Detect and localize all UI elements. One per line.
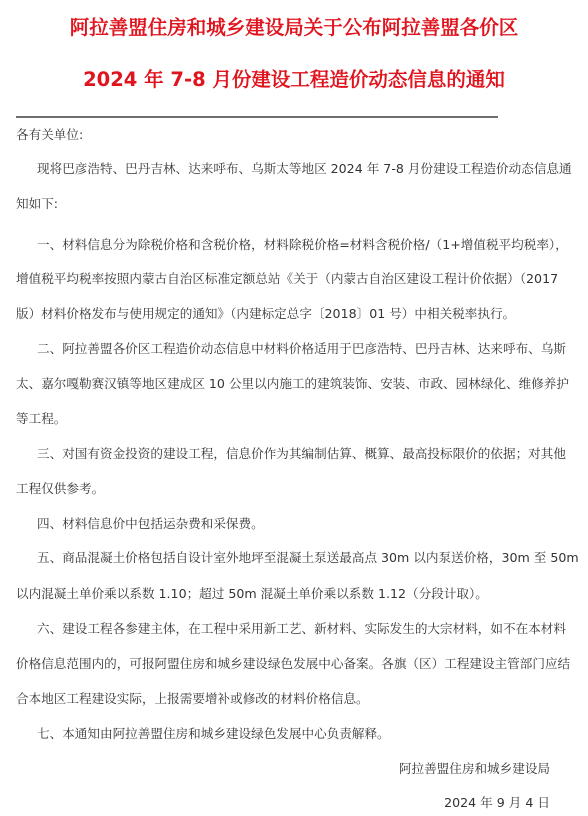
item-6-line-1: 六、建设工程各参建主体，在工程中采用新工艺、新材料、实际发生的大宗材料，如不在本… <box>37 620 566 638</box>
item-3-line-2: 工程仅供参考。 <box>16 480 104 498</box>
item-5-line-2: 以内混凝土单价乘以系数 1.10；超过 50m 混凝土单价乘以系数 1.12（分… <box>16 585 488 603</box>
title-divider <box>16 116 498 118</box>
item-2-line-1: 二、阿拉善盟各价区工程造价动态信息中材料价格适用于巴彦浩特、巴丹吉林、达来呼布、… <box>37 340 566 358</box>
item-6-line-2: 价格信息范围内的，可报阿盟住房和城乡建设绿色发展中心备案。各旗（区）工程建设主管… <box>16 655 570 673</box>
item-1-line-2: 增值税平均税率按照内蒙古自治区标准定额总站《关于（内蒙古自治区建设工程计价依据）… <box>16 270 558 288</box>
item-7-line-1: 七、本通知由阿拉善盟住房和城乡建设绿色发展中心负责解释。 <box>37 725 390 743</box>
salutation: 各有关单位: <box>16 126 83 144</box>
item-1-line-1: 一、材料信息分为除税价格和含税价格，材料除税价格=材料含税价格/（1+增值税平均… <box>37 236 568 254</box>
item-6-line-3: 合本地区工程建设实际，上报需要增补或修改的材料价格信息。 <box>16 690 369 708</box>
item-2-line-3: 等工程。 <box>16 410 66 428</box>
document-title-line-1: 阿拉善盟住房和城乡建设局关于公布阿拉善盟各价区 <box>0 12 588 40</box>
document-title-line-2: 2024 年 7-8 月份建设工程造价动态信息的通知 <box>0 64 588 92</box>
item-2-line-2: 太、嘉尔嘎勒赛汉镇等地区建成区 10 公里以内施工的建筑装饰、安装、市政、园林绿… <box>16 375 569 393</box>
item-4-line-1: 四、材料信息价中包括运杂费和采保费。 <box>37 515 264 533</box>
item-3-line-1: 三、对国有资金投资的建设工程，信息价作为其编制估算、概算、最高投标限价的依据；对… <box>37 445 566 463</box>
item-5-line-1: 五、商品混凝土价格包括自设计室外地坪至混凝土泵送最高点 30m 以内泵送价格，3… <box>37 549 579 567</box>
intro-line-2: 知如下: <box>16 195 58 213</box>
intro-line-1: 现将巴彦浩特、巴丹吉林、达来呼布、乌斯太等地区 2024 年 7-8 月份建设工… <box>37 160 572 178</box>
item-1-line-3: 版）材料价格发布与使用规定的通知》（内建标定总字〔2018〕01 号）中相关税率… <box>16 305 515 323</box>
issue-date: 2024 年 9 月 4 日 <box>444 794 550 812</box>
issuer-signature: 阿拉善盟住房和城乡建设局 <box>399 760 550 778</box>
